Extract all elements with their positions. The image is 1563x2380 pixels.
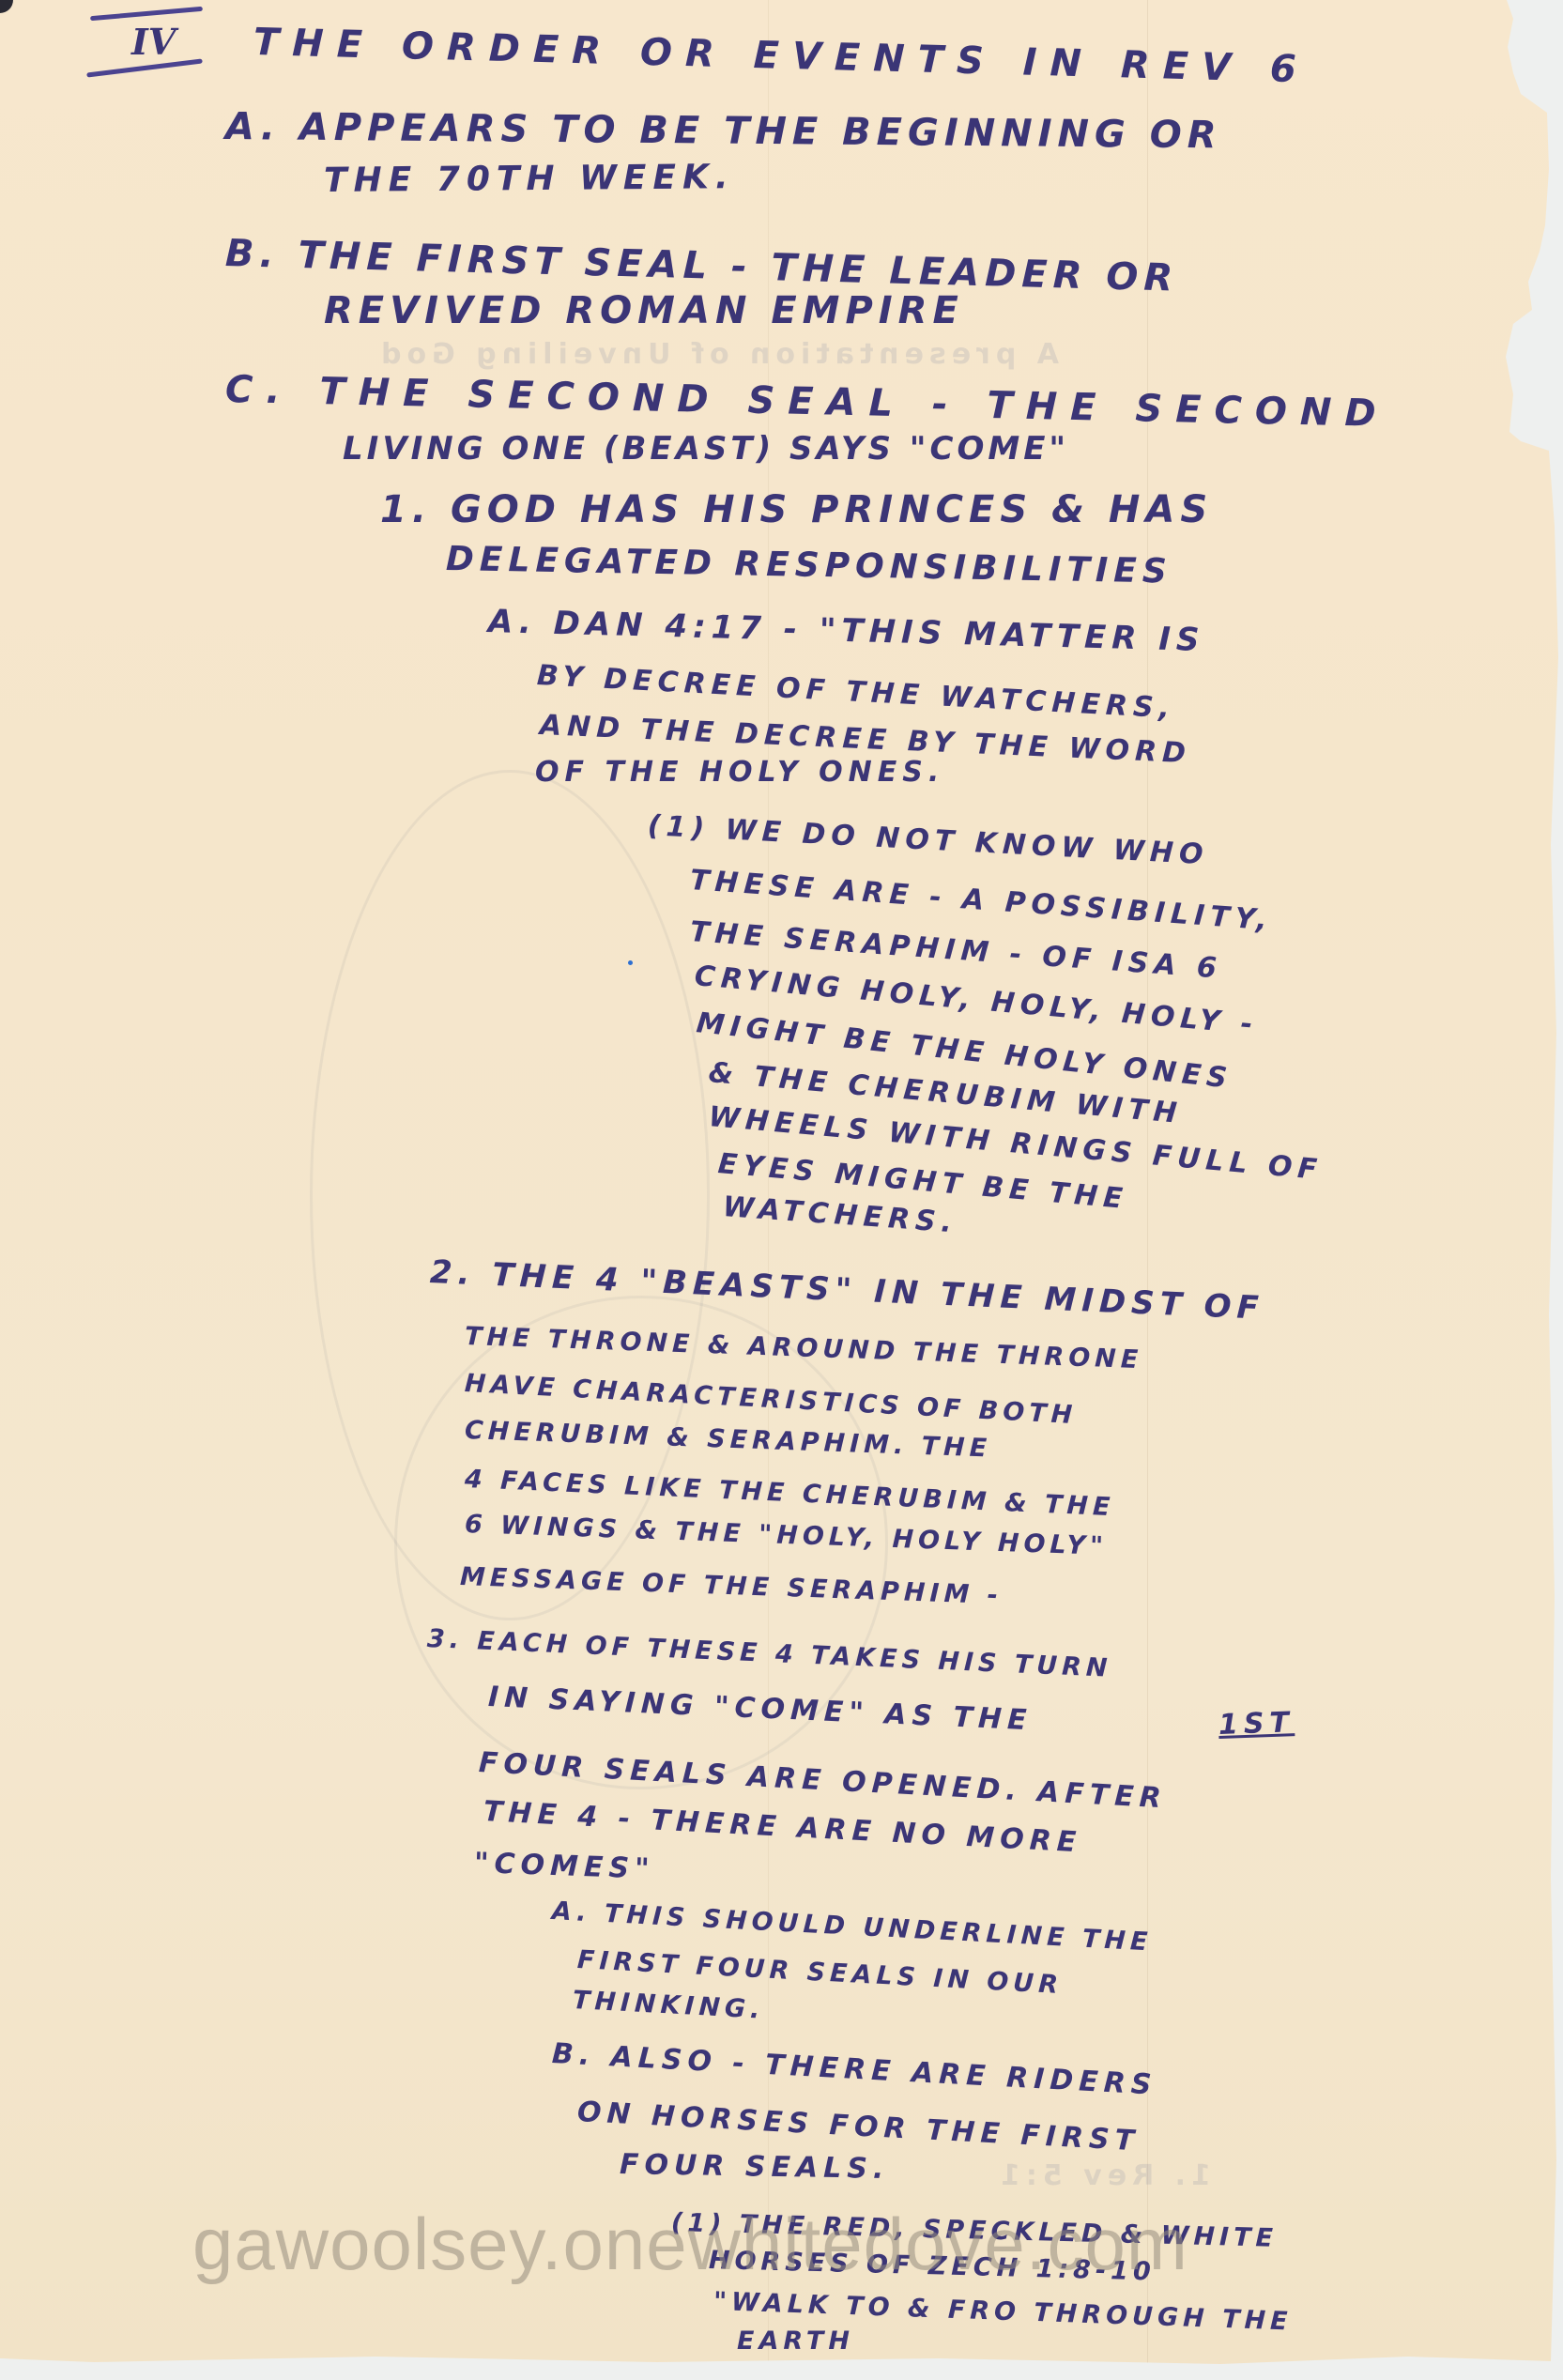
item-c-line-1: C. The second seal - the second [225, 368, 1390, 436]
section-title: The order or events in Rev 6 [253, 21, 1310, 91]
item-c3-line-5: "Comes" [473, 1847, 655, 1886]
scan-corner-shadow [0, 0, 13, 13]
fold-crease [1147, 0, 1148, 2366]
item-c3b-line-1: b. Also - there are riders [551, 2037, 1157, 2102]
section-numeral: IV [86, 8, 205, 73]
item-c1-line-1: 1. God has his princes & has [380, 488, 1213, 531]
item-c1a1-line-1: (1) We do not know who [647, 809, 1209, 871]
item-c3b-line-3: four seals. [620, 2148, 890, 2186]
numeral-overline [90, 7, 203, 21]
emphasis-1st: 1st [1218, 1706, 1295, 1742]
watermark: gawoolsey.onewhitedove.com [192, 2202, 1188, 2287]
item-c1-line-2: delegated responsibilities [446, 540, 1172, 591]
item-c3b1-line-4: earth [737, 2326, 854, 2356]
bleed-through-text: A presentation of Unveiling God [375, 338, 1059, 371]
paper-page: A presentation of Unveiling God 1. Rev 5… [0, 0, 1563, 2366]
bleed-through-text: 1. Rev 5:1 [995, 2159, 1211, 2192]
ink-speck [628, 960, 633, 965]
item-c1a-line-1: a. Dan 4:17 - "This matter is [487, 603, 1204, 659]
item-c-line-2: living one (beast) says "Come" [343, 430, 1069, 468]
item-a-line-1: A. Appears to be the beginning or [225, 105, 1222, 157]
item-c3a-line-3: thinking. [572, 1986, 765, 2025]
item-b-line-2: Revived Roman Empire [324, 289, 964, 332]
item-a-line-2: the 70th week. [324, 158, 735, 200]
item-c1a-line-4: of the holy ones. [535, 756, 944, 789]
